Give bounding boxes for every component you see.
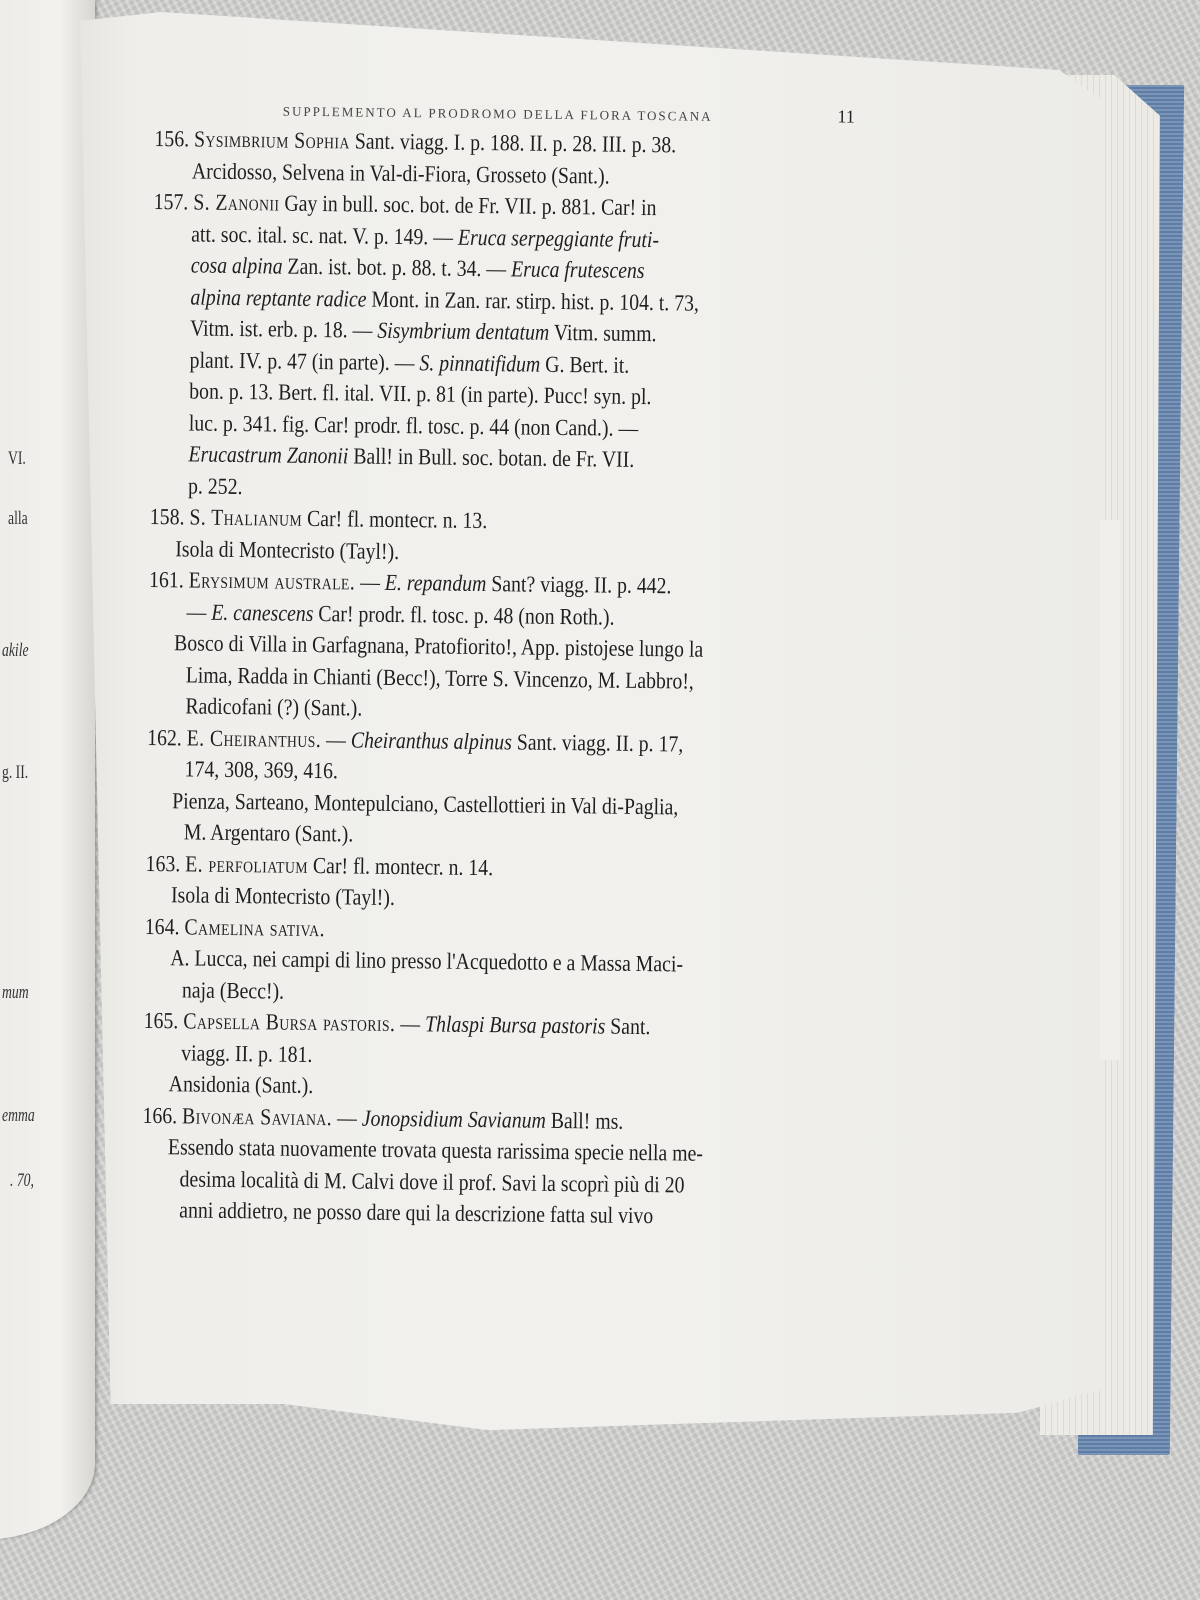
left-page-fragment: VI.	[8, 448, 26, 470]
species-entry: 158. S. Thalianum Car! fl. montecr. n. 1…	[149, 501, 850, 573]
entry-number: 161.	[149, 567, 189, 592]
citation-text: Radicofani (?) (Sant.).	[185, 693, 362, 720]
citation-text: Ball! in Bull. soc. botan. de Fr. VII.	[348, 443, 634, 471]
citation-text: naja (Becc!).	[182, 977, 284, 1003]
citation-text: Isola di Montecristo (Tayl!).	[171, 882, 395, 910]
citation-text: Vitm. summ.	[549, 320, 657, 346]
synonym-italic: alpina reptante radice	[190, 284, 366, 311]
species-name: Capsella Bursa pastoris.	[183, 1008, 395, 1036]
species-name: Camelina sativa.	[184, 914, 325, 941]
species-name: S. Zanonii	[193, 189, 279, 215]
citation-text: —	[332, 1105, 362, 1130]
citation-text: Car! fl. montecr. n. 13.	[302, 506, 487, 533]
citation-text: M. Argentaro (Sant.).	[184, 819, 354, 846]
synonym-italic: E. repandum	[385, 570, 487, 596]
species-name: Erysimum australe.	[189, 567, 356, 594]
citation-text: bon. p. 13. Bert. fl. ital. VII. p. 81 (…	[189, 378, 651, 409]
synonym-italic: cosa alpina	[191, 252, 283, 278]
citation-text: Isola di Montecristo (Tayl!).	[175, 536, 399, 564]
left-page-fragment: g. II.	[2, 762, 28, 784]
citation-text: desima località di M. Calvi dove il prof…	[179, 1166, 684, 1197]
species-entry: 161. Erysimum australe. — E. repandum Sa…	[147, 564, 849, 730]
citation-text: Sant. viagg. I. p. 188. II. p. 28. III. …	[350, 128, 677, 157]
synonym-italic: Eruca frutescens	[511, 256, 645, 283]
synonym-italic: S. pinnatifidum	[419, 350, 540, 376]
left-page: VI. alla akile g. II. mum emma . 70,	[0, 0, 95, 1540]
citation-text: 174, 308, 369, 416.	[184, 756, 338, 783]
running-head-title: SUPPLEMENTO AL PRODROMO DELLA FLORA TOSC…	[283, 104, 713, 125]
synonym-italic: E. canescens	[211, 599, 313, 625]
page-number: 11	[837, 106, 855, 127]
synonym-italic: Erucastrum Zanonii	[188, 441, 348, 468]
citation-text: Vitm. ist. erb. p. 18. —	[190, 315, 378, 342]
synonym-italic: Jonopsidium Savianum	[362, 1105, 546, 1132]
entry-number: 164.	[145, 913, 185, 938]
species-name: E. perfoliatum	[185, 851, 308, 877]
entry-list: 156. Sysimbrium Sophia Sant. viagg. I. p…	[141, 123, 854, 1234]
citation-text: Mont. in Zan. rar. stirp. hist. p. 104. …	[366, 286, 699, 315]
species-entry: 163. E. perfoliatum Car! fl. montecr. n.…	[145, 847, 846, 919]
left-page-fragment: . 70,	[10, 1170, 34, 1192]
citation-text: Essendo stata nuovamente trovata questa …	[168, 1134, 703, 1166]
citation-text: Car! prodr. fl. tosc. p. 48 (non Roth.).	[313, 600, 614, 629]
citation-text: Bosco di Villa in Garfagnana, Pratofiori…	[174, 630, 703, 661]
synonym-italic: Sisymbrium dentatum	[377, 318, 549, 345]
citation-text: Pienza, Sarteano, Montepulciano, Castell…	[172, 788, 678, 819]
species-entry: 162. E. Cheiranthus. — Cheiranthus alpin…	[146, 721, 847, 856]
citation-text: Zan. ist. bot. p. 88. t. 34. —	[282, 254, 511, 282]
citation-text: G. Bert. it.	[540, 351, 629, 377]
citation-text: Lima, Radda in Chianti (Becc!), Torre S.…	[186, 662, 694, 693]
left-page-fragment: alla	[8, 508, 28, 530]
species-name: Sysimbrium Sophia	[194, 126, 350, 153]
synonym-italic: Cheiranthus alpinus	[351, 727, 512, 754]
citation-text: viagg. II. p. 181.	[181, 1040, 313, 1067]
synonym-italic: Eruca serpeggiante fruti-	[458, 224, 659, 251]
species-entry: 165. Capsella Bursa pastoris. — Thlaspi …	[143, 1005, 844, 1108]
species-entry: 157. S. Zanonii Gay in bull. soc. bot. d…	[150, 186, 854, 510]
entry-number: 162.	[147, 724, 187, 749]
left-page-fragment: emma	[2, 1105, 35, 1127]
citation-text: —	[395, 1011, 425, 1036]
citation-text: Sant.	[605, 1014, 650, 1040]
citation-text: Gay in bull. soc. bot. de Fr. VII. p. 88…	[279, 191, 656, 221]
synonym-italic: Thlaspi Bursa pastoris	[425, 1011, 606, 1038]
citation-text: A. Lucca, nei campi di lino presso l'Acq…	[170, 945, 683, 976]
species-name: E. Cheiranthus.	[187, 725, 322, 752]
citation-text: —	[355, 569, 385, 594]
citation-text: Arcidosso, Selvena in Val-di-Fiora, Gros…	[192, 158, 610, 188]
citation-text: —	[186, 599, 211, 624]
citation-text: Car! fl. montecr. n. 14.	[308, 852, 493, 879]
entry-number: 166.	[142, 1102, 182, 1127]
species-name: S. Thalianum	[189, 504, 302, 530]
species-name: Bivonæa Saviana.	[182, 1103, 332, 1130]
citation-text: luc. p. 341. fig. Car! prodr. fl. tosc. …	[189, 410, 639, 440]
citation-text: —	[321, 727, 351, 752]
citation-text: p. 252.	[188, 473, 243, 499]
citation-text: plant. IV. p. 47 (in parte). —	[189, 347, 419, 375]
left-page-fragment: akile	[2, 640, 29, 662]
entry-number: 158.	[150, 504, 190, 529]
left-page-fragment: mum	[2, 982, 29, 1004]
page-text: SUPPLEMENTO AL PRODROMO DELLA FLORA TOSC…	[141, 98, 855, 1234]
citation-text: Sant? viagg. II. p. 442.	[486, 571, 671, 598]
citation-text: anni addietro, ne posso dare qui la desc…	[179, 1197, 653, 1228]
citation-text: att. soc. ital. sc. nat. V. p. 149. —	[191, 221, 458, 249]
species-entry: 166. Bivonæa Saviana. — Jonopsidium Savi…	[141, 1099, 842, 1234]
species-entry: 164. Camelina sativa.A. Lucca, nei campi…	[144, 910, 845, 1013]
entry-number: 156.	[154, 126, 194, 151]
entry-number: 163.	[146, 850, 186, 875]
entry-number: 165.	[144, 1008, 184, 1033]
entry-number: 157.	[154, 189, 194, 214]
citation-text: Ansidonia (Sant.).	[169, 1071, 314, 1098]
species-entry: 156. Sysimbrium Sophia Sant. viagg. I. p…	[154, 123, 855, 195]
citation-text: Sant. viagg. II. p. 17,	[512, 729, 684, 756]
citation-text: Ball! ms.	[546, 1107, 624, 1133]
